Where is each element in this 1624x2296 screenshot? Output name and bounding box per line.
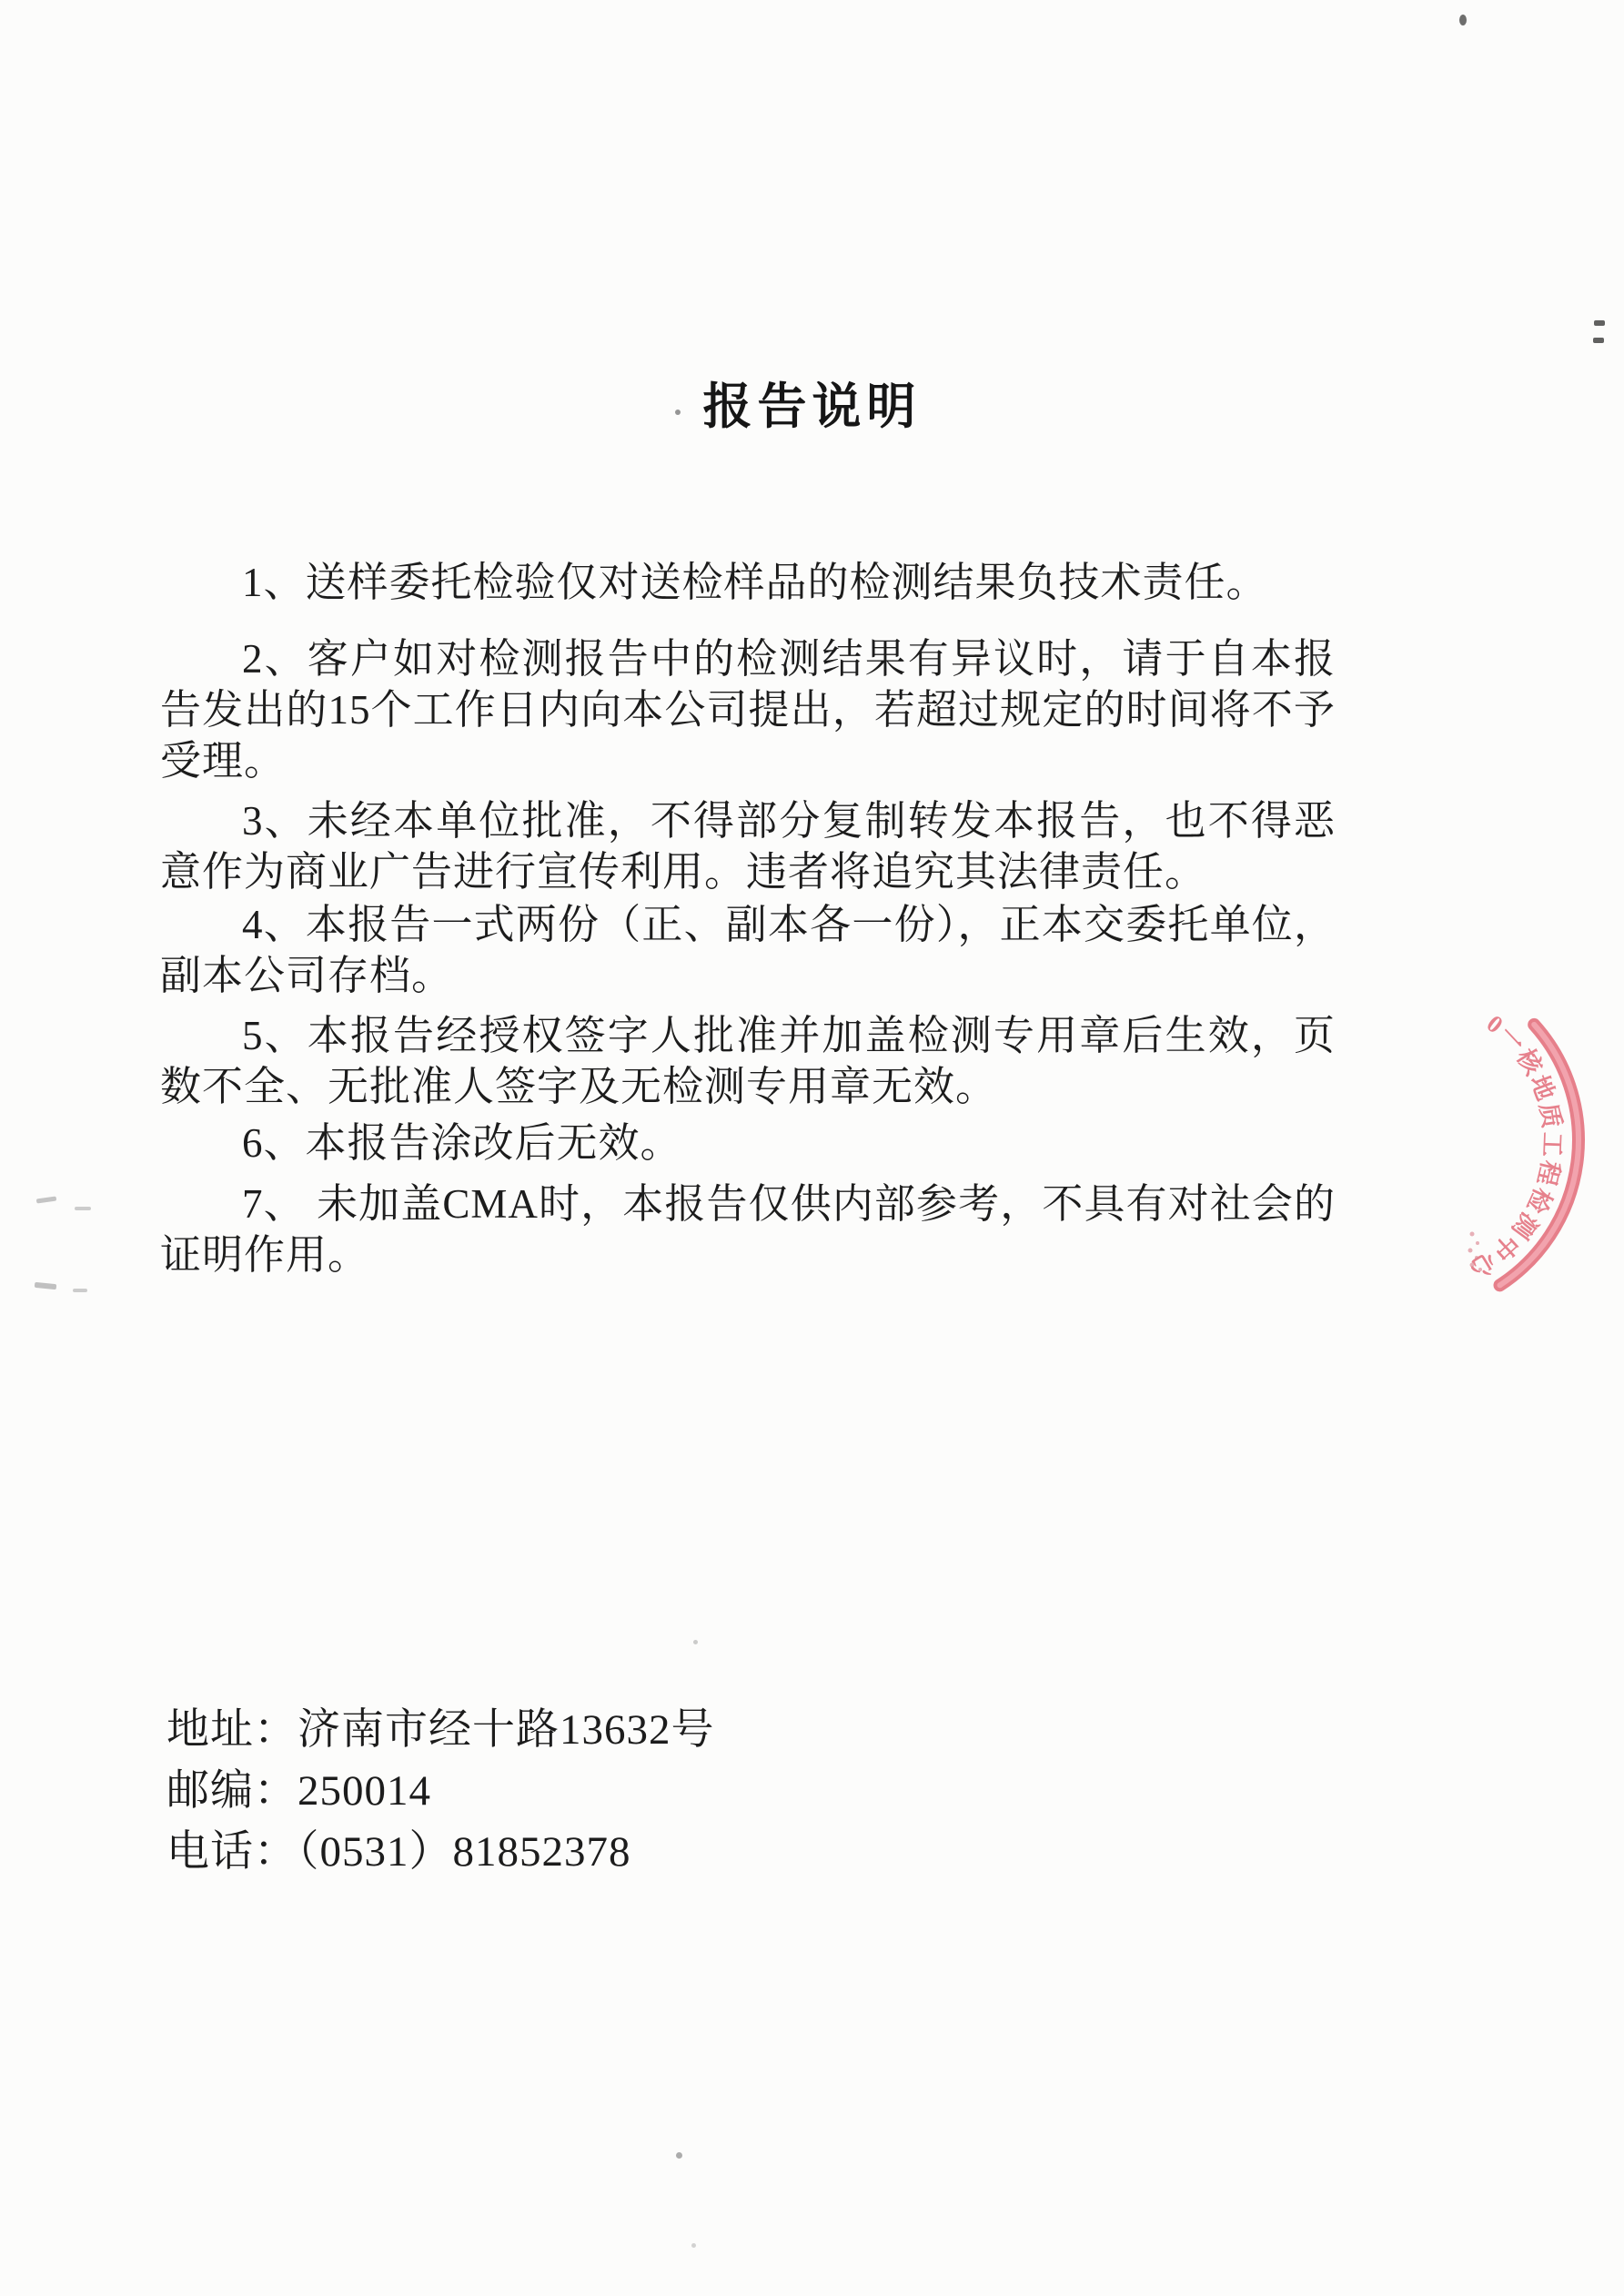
scan-speck [691, 2243, 696, 2248]
report-page: 报告说明 1、送样委托检验仅对送检样品的检测结果负技术责任。 2、客户如对检测报… [0, 0, 1624, 2296]
note-item-2: 2、客户如对检测报告中的检测结果有异议时，请于自本报告发出的15个工作日内向本公… [160, 633, 1336, 786]
note-item-7: 7、 未加盖CMA时，本报告仅供内部参考，不具有对社会的证明作用。 [160, 1178, 1336, 1280]
scan-speck [35, 1282, 56, 1290]
page-title: 报告说明 [0, 368, 1624, 438]
scan-speck [675, 410, 681, 415]
note-item-3: 3、未经本单位批准，不得部分复制转发本报告，也不得恶意作为商业广告进行宣传利用。… [160, 795, 1336, 897]
note-item-5: 5、本报告经授权签字人批准并加盖检测专用章后生效，页数不全、无批准人签字及无检测… [160, 1010, 1336, 1112]
contact-block: 地址：济南市经十路13632号 邮编：250014 电话：（0531）81852… [166, 1700, 715, 1883]
notes-list: 1、送样委托检验仅对送检样品的检测结果负技术责任。 2、客户如对检测报告中的检测… [160, 557, 1336, 1280]
scan-speck [1594, 320, 1605, 326]
stamp-ring-highlight [1500, 1025, 1579, 1285]
note-item-1: 1、送样委托检验仅对送检样品的检测结果负技术责任。 [160, 557, 1336, 608]
scan-speck [75, 1207, 91, 1210]
scan-speck [73, 1289, 87, 1292]
contact-postal-code: 邮编：250014 [166, 1761, 715, 1822]
contact-address: 地址：济南市经十路13632号 [166, 1700, 715, 1761]
scan-speck [676, 2152, 682, 2159]
stamp-text-arc: 0一核地质工程检测中心 [1463, 1009, 1566, 1284]
contact-phone: 电话：（0531）81852378 [166, 1822, 715, 1883]
note-item-6: 6、本报告涂改后无效。 [160, 1118, 1336, 1168]
note-item-4: 4、本报告一式两份（正、副本各一份），正本交委托单位，副本公司存档。 [160, 899, 1336, 1001]
stamp-ring [1500, 1025, 1579, 1285]
scan-speck [1593, 338, 1604, 343]
scan-speck [693, 1640, 698, 1644]
stamp-smudge-dots [1468, 1232, 1483, 1272]
scan-speck [36, 1196, 56, 1203]
scan-speck [1459, 15, 1467, 25]
